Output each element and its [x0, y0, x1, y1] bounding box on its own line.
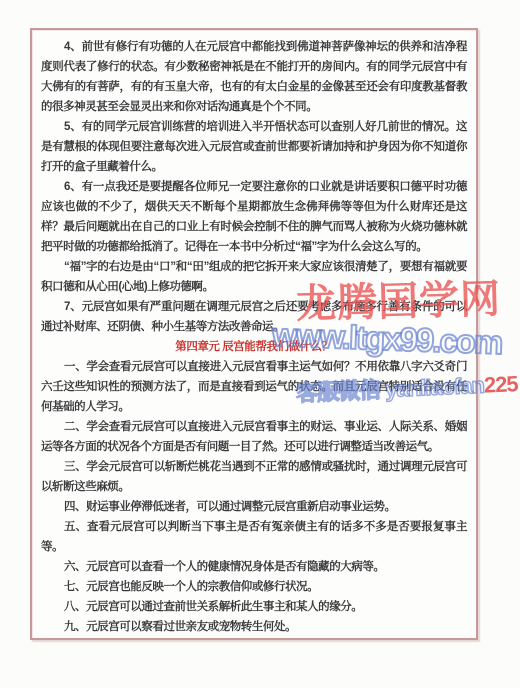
- paragraph: 三、学会元辰宫可以斩断烂桃花当遇到不正常的感情或骚扰时，通过调理元辰宫可以斩断这…: [41, 457, 467, 497]
- paragraph: 四、财运事业停滞低迷者，可以通过调整元辰宫重新启动事业运势。: [41, 497, 467, 517]
- paragraph: 六、元辰宫可以查看一个人的健康情况身体是否有隐藏的大病等。: [41, 557, 467, 577]
- section-heading: 第四章元 辰宫能帮我们做什么？: [41, 337, 467, 357]
- paragraph: 七、元辰宫也能反映一个人的宗教信仰或修行状况。: [41, 577, 467, 597]
- paragraph: 八、元辰宫可以通过查前世关系解析此生事主和某人的缘分。: [41, 597, 467, 617]
- page-border-frame: 4、前世有修行有功德的人在元辰宫中都能找到佛道神菩萨像神坛的供养和洁净程度则代表…: [30, 28, 478, 640]
- paragraph: 二、学会查看元辰宫可以直接进入元辰宫看事主的财运、事业运、人际关系、婚姻运等各方…: [41, 417, 467, 457]
- paragraph: 五、查看元辰宫可以判断当下事主是否有冤亲债主有的话多不多是否要报复事主等。: [41, 517, 467, 557]
- paragraph: 一、学会查看元辰宫可以直接进入元辰宫看事主运气如何？不用依靠八字六爻奇门六壬这些…: [41, 357, 467, 417]
- watermark-contact-suffix: 225: [483, 371, 518, 397]
- document-page: 4、前世有修行有功德的人在元辰宫中都能找到佛道神菩萨像神坛的供养和洁净程度则代表…: [0, 0, 520, 688]
- document-content: 4、前世有修行有功德的人在元辰宫中都能找到佛道神菩萨像神坛的供养和洁净程度则代表…: [34, 32, 474, 636]
- paragraph: “福”字的右边是由“口”和“田”组成的把它拆开来大家应该很清楚了，要想有福就要积…: [41, 257, 467, 297]
- paragraph: 4、前世有修行有功德的人在元辰宫中都能找到佛道神菩萨像神坛的供养和洁净程度则代表…: [41, 37, 467, 117]
- paragraph: 九、元辰宫可以察看过世亲友或宠物转生何处。: [41, 617, 467, 636]
- paragraph: 5、有的同学元辰宫训练营的培训进入半开悟状态可以查别人好几前世的情况。这是有慧根…: [41, 117, 467, 177]
- paragraph: 7、元辰宫如果有严重问题在调理元辰宫之后还要考虑多布施多行善有条件的可以通过补财…: [41, 297, 467, 337]
- paragraph: 6、有一点我还是要提醒各位师兄一定要注意你的口业就是讲话要积口德平时功德应该也做…: [41, 177, 467, 257]
